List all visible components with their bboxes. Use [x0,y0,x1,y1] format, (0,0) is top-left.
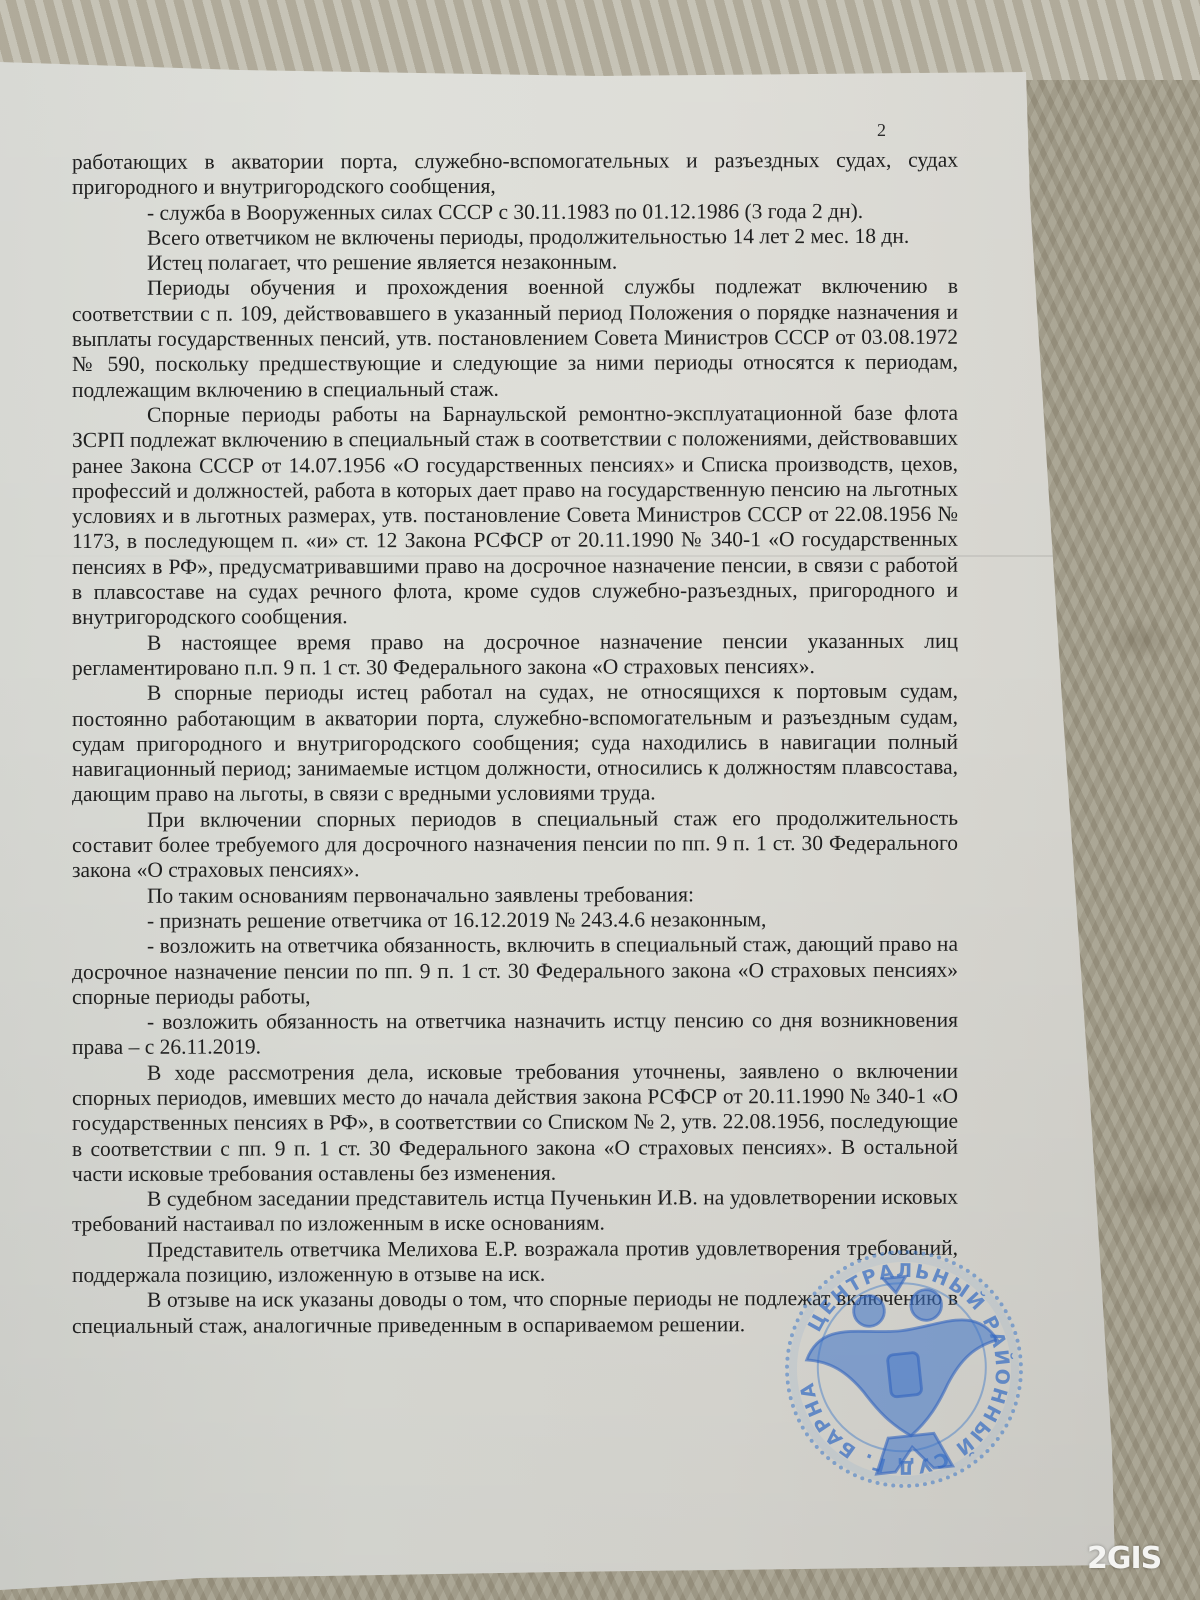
page-number: 2 [877,120,886,141]
paragraph: По таким основаниям первоначально заявле… [72,881,958,909]
document-body: работающих в акватории порта, служебно-в… [72,148,958,1339]
paragraph: Спорные периоды работы на Барнаульской р… [72,401,958,631]
paragraph: Представитель ответчика Мелихова Е.Р. во… [72,1235,958,1288]
document-page: 2 работающих в акватории порта, служебно… [0,0,1200,1600]
watermark-logo: 2GIS [1087,1541,1161,1576]
paragraph: В отзыве на иск указаны доводы о том, чт… [72,1286,958,1339]
paragraph: В спорные периоды истец работал на судах… [72,679,958,808]
paragraph: - признать решение ответчика от 16.12.20… [72,907,958,935]
paragraph: Всего ответчиком не включены периоды, пр… [72,224,958,252]
paragraph: При включении спорных периодов в специал… [72,805,958,883]
paragraph: В настоящее время право на досрочное наз… [72,628,958,681]
paragraph: В судебном заседании представитель истца… [72,1185,958,1238]
paragraph: - возложить на ответчика обязанность, вк… [72,932,958,1010]
paragraph: работающих в акватории порта, служебно-в… [72,148,958,201]
paragraph: Периоды обучения и прохождения военной с… [72,274,958,403]
paragraph: В ходе рассмотрения дела, исковые требов… [72,1058,958,1187]
paragraph: Истец полагает, что решение является нез… [72,249,958,277]
paragraph: - возложить обязанность на ответчика наз… [72,1008,958,1061]
paragraph: - служба в Вооруженных силах СССР с 30.1… [72,198,958,226]
